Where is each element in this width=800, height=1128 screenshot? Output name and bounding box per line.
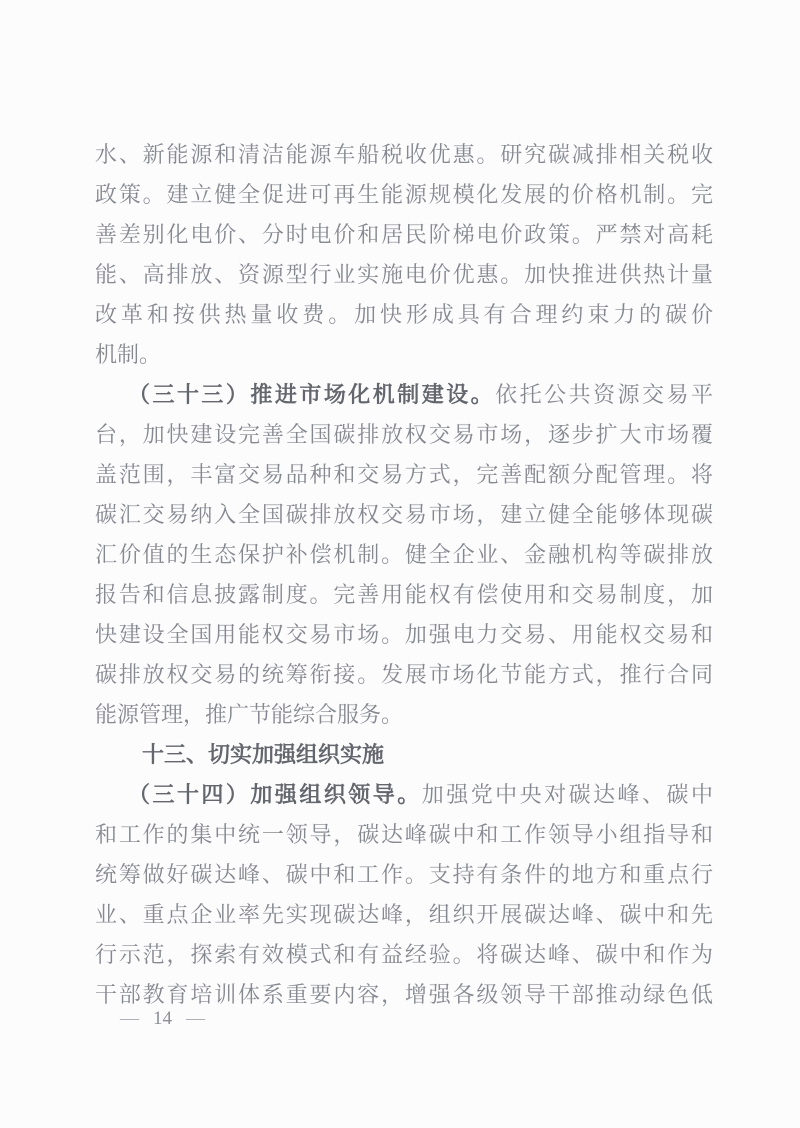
page-footer: —14— (120, 1005, 205, 1033)
line-bold-segment: （三十三）推进市场化机制建设。 (128, 382, 495, 407)
text-line: 和工作的集中统一领导，碳达峰碳中和工作领导小组指导和 (95, 815, 713, 855)
line-text-segment: 统筹做好碳达峰、碳中和工作。支持有条件的地方和重点行 (95, 862, 713, 887)
line-text-segment: 机制。 (95, 342, 161, 367)
line-text-segment: 业、重点企业率先实现碳达峰，组织开展碳达峰、碳中和先 (95, 902, 713, 927)
line-text-segment: 依托公共资源交易平 (495, 382, 713, 407)
line-text-segment: 报告和信息披露制度。完善用能权有偿使用和交易制度，加 (95, 582, 713, 607)
text-line: 善差别化电价、分时电价和居民阶梯电价政策。严禁对高耗 (95, 215, 713, 255)
line-text-segment: 能源管理，推广节能综合服务。 (95, 702, 403, 727)
line-text-segment: 善差别化电价、分时电价和居民阶梯电价政策。严禁对高耗 (95, 222, 713, 247)
line-text-segment: 加强党中央对碳达峰、碳中 (422, 782, 713, 807)
footer-dash-left: — (120, 1008, 139, 1029)
text-line: 行示范，探索有效模式和有益经验。将碳达峰、碳中和作为 (95, 935, 713, 975)
text-line: 碳汇交易纳入全国碳排放权交易市场，建立健全能够体现碳 (95, 495, 713, 535)
line-text-segment: 干部教育培训体系重要内容，增强各级领导干部推动绿色低 (95, 982, 713, 1007)
text-line: 台，加快建设完善全国碳排放权交易市场，逐步扩大市场覆 (95, 415, 713, 455)
line-bold-segment: （三十四）加强组织领导。 (128, 782, 422, 807)
line-text-segment: 政策。建立健全促进可再生能源规模化发展的价格机制。完 (95, 182, 713, 207)
line-text-segment: 快建设全国用能权交易市场。加强电力交易、用能权交易和 (95, 622, 713, 647)
text-line: 能源管理，推广节能综合服务。 (95, 695, 713, 735)
text-line: 能、高排放、资源型行业实施电价优惠。加快推进供热计量 (95, 255, 713, 295)
page-number: 14 (153, 1008, 172, 1029)
text-line: 报告和信息披露制度。完善用能权有偿使用和交易制度，加 (95, 575, 713, 615)
text-line: 改革和按供热量收费。加快形成具有合理约束力的碳价 (95, 295, 713, 335)
text-line-paragraph-start: （三十四）加强组织领导。加强党中央对碳达峰、碳中 (95, 775, 713, 815)
text-line: 业、重点企业率先实现碳达峰，组织开展碳达峰、碳中和先 (95, 895, 713, 935)
document-page: 水、新能源和清洁能源车船税收优惠。研究碳减排相关税收 政策。建立健全促进可再生能… (0, 0, 800, 1128)
line-text-segment: 水、新能源和清洁能源车船税收优惠。研究碳减排相关税收 (95, 142, 713, 167)
section-heading: 十三、切实加强组织实施 (95, 735, 713, 775)
text-line: 政策。建立健全促进可再生能源规模化发展的价格机制。完 (95, 175, 713, 215)
line-bold-segment: 十三、切实加强组织实施 (142, 742, 384, 767)
line-text-segment: 改革和按供热量收费。加快形成具有合理约束力的碳价 (95, 302, 713, 327)
line-text-segment: 碳排放权交易的统筹衔接。发展市场化节能方式，推行合同 (95, 662, 713, 687)
text-line: 碳排放权交易的统筹衔接。发展市场化节能方式，推行合同 (95, 655, 713, 695)
document-text-block: 水、新能源和清洁能源车船税收优惠。研究碳减排相关税收 政策。建立健全促进可再生能… (95, 135, 713, 1015)
line-text-segment: 汇价值的生态保护补偿机制。健全企业、金融机构等碳排放 (95, 542, 713, 567)
text-line: 机制。 (95, 335, 713, 375)
text-line: 汇价值的生态保护补偿机制。健全企业、金融机构等碳排放 (95, 535, 713, 575)
text-line: 水、新能源和清洁能源车船税收优惠。研究碳减排相关税收 (95, 135, 713, 175)
line-text-segment: 盖范围，丰富交易品种和交易方式，完善配额分配管理。将 (95, 462, 713, 487)
footer-dash-right: — (186, 1008, 205, 1029)
line-text-segment: 行示范，探索有效模式和有益经验。将碳达峰、碳中和作为 (95, 942, 713, 967)
text-line: 快建设全国用能权交易市场。加强电力交易、用能权交易和 (95, 615, 713, 655)
line-text-segment: 能、高排放、资源型行业实施电价优惠。加快推进供热计量 (95, 262, 713, 287)
line-text-segment: 台，加快建设完善全国碳排放权交易市场，逐步扩大市场覆 (95, 422, 713, 447)
text-line: 统筹做好碳达峰、碳中和工作。支持有条件的地方和重点行 (95, 855, 713, 895)
line-text-segment: 碳汇交易纳入全国碳排放权交易市场，建立健全能够体现碳 (95, 502, 713, 527)
line-text-segment: 和工作的集中统一领导，碳达峰碳中和工作领导小组指导和 (95, 822, 713, 847)
text-line-paragraph-start: （三十三）推进市场化机制建设。依托公共资源交易平 (95, 375, 713, 415)
text-line: 盖范围，丰富交易品种和交易方式，完善配额分配管理。将 (95, 455, 713, 495)
